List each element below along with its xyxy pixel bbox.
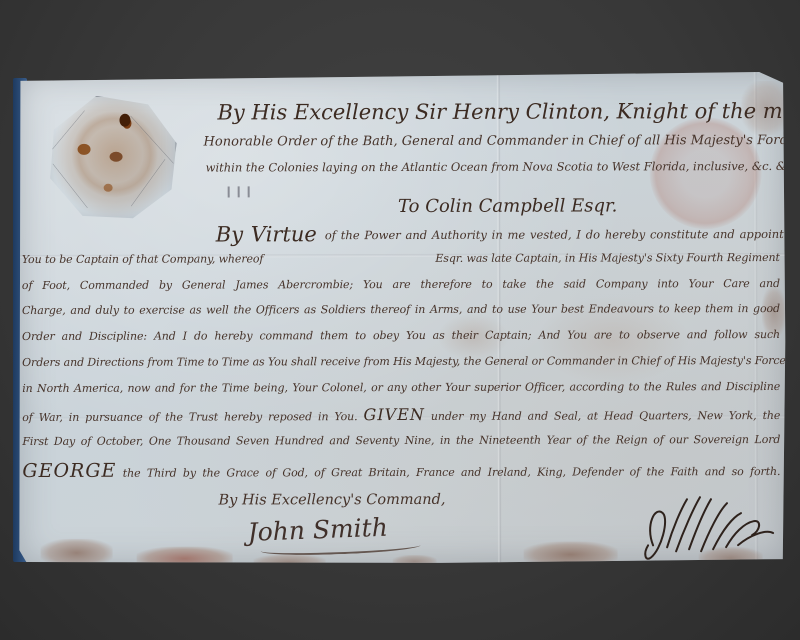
header-line-1: By His Excellency Sir Henry Clinton, Kni… [217,99,773,124]
header-line-3: within the Colonies laying on the Atlant… [206,159,791,175]
george-word: GEORGE [22,460,116,482]
seal-fold-line [52,164,87,209]
body-line-6: in North America, now and for the Time b… [22,380,780,395]
seal-wax-spot [119,114,130,127]
body-line-7: of War, in pursuance of the Trust hereby… [22,404,780,425]
seal-wax-spot [104,184,113,192]
body-line-4: Order and Discipline: And I do hereby co… [22,328,780,343]
body-line-9b: the Third by the Grace of God, of Great … [123,465,781,480]
body-line-8: First Day of October, One Thousand Seven… [22,433,780,448]
signature-scrawl [636,485,781,565]
stain-blob [254,554,326,570]
header-line-2: Honorable Order of the Bath, General and… [204,133,784,150]
body-line-3: Charge, and duly to exercise as well the… [22,302,780,317]
body-line-7a: of War, in pursuance of the Trust hereby… [22,410,357,424]
stain-blob [524,541,618,567]
addressee-line: To Colin Campbell Esqr. [348,195,668,217]
stain-blob [41,539,113,567]
body-line-1b: Esqr. was late Captain, in His Majesty's… [435,251,780,265]
opening-large-words: By Virtue [216,222,317,246]
stain-blob [137,546,233,570]
clinton-signature [636,485,781,565]
opening-line: By Virtueof the Power and Authority in m… [216,221,784,246]
stain-blob [393,555,437,568]
body-line-5: Orders and Directions from Time to Time … [22,354,780,369]
pencil-tick-marks [228,186,250,197]
paper-wafer-seal [47,96,176,221]
body-line-1: You to be Captain of that Company, where… [22,251,780,266]
photo-background: By His Excellency Sir Henry Clinton, Kni… [0,0,800,640]
given-word: GIVEN [363,405,424,424]
body-line-7c: under my Hand and Seal, at Head Quarters… [431,409,780,423]
body-line-1a: You to be Captain of that Company, where… [22,252,264,266]
command-line: By His Excellency's Command, [218,492,458,509]
document-paper: By His Excellency Sir Henry Clinton, Kni… [17,71,786,565]
body-line-2: of Foot, Commanded by General James Aber… [22,277,780,292]
seal-fold-line [131,159,166,207]
opening-rest: of the Power and Authority in me vested,… [325,227,784,242]
seal-wax-spot [110,152,123,162]
body-line-9: GEORGE the Third by the Grace of God, of… [22,458,780,482]
seal-wax-spot [78,144,91,155]
seal-fold-line [130,116,174,164]
